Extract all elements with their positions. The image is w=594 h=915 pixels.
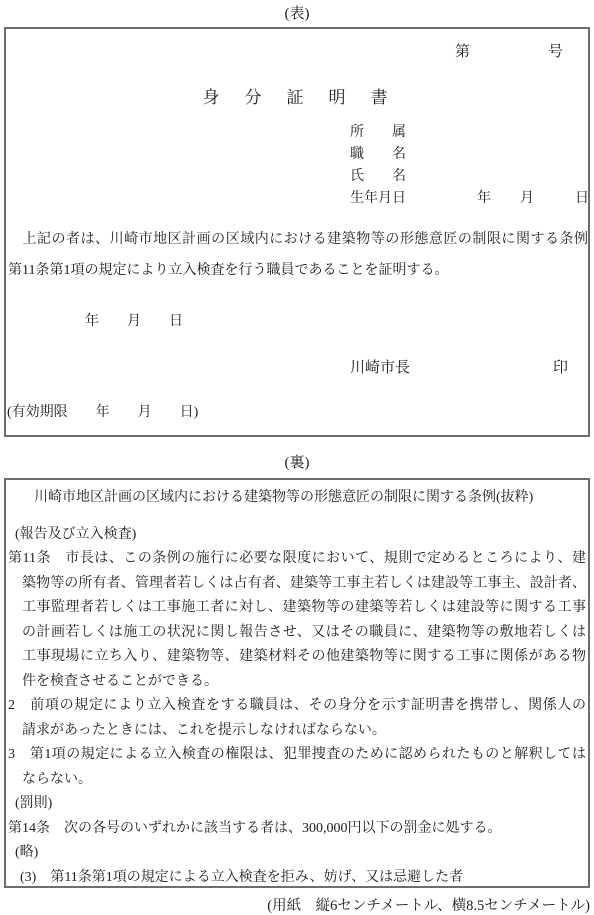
id-card-back: 川崎市地区計画の区域内における建築物等の形態意匠の制限に関する条例(抜粋)(報告… (4, 478, 590, 888)
field-row-affiliation: 所属 (350, 122, 589, 144)
doc-number-line: 第号 (455, 40, 563, 61)
law-text-line: (報告及び立入検査) (8, 523, 586, 548)
doc-number-suffix: 号 (548, 44, 563, 60)
birthdate-label: 生年月日 (350, 188, 406, 210)
back-side-label: (裏) (0, 451, 594, 472)
document-page: (表) 第号 身 分 証 明 書 所属 職名 氏名 生年月日年月日 上記の者は、… (0, 0, 594, 915)
law-text-line: (罰則) (8, 792, 586, 817)
birth-year-label: 年 (477, 191, 491, 206)
front-side-label: (表) (0, 2, 594, 23)
law-text-line: ならない。 (8, 768, 586, 793)
field-row-birthdate: 生年月日年月日 (350, 188, 589, 210)
law-text-line: 工事監理者若しくは工事施工者に対し、建築物等の建築等若しくは建設等に関する工事 (8, 596, 586, 621)
law-text-line: 件を検査させることができる。 (8, 670, 586, 695)
id-card-title: 身 分 証 明 書 (6, 83, 588, 108)
paper-size-note: (用紙 縦6センチメートル、横8.5センチメートル) (267, 894, 590, 915)
job-title-label: 職名 (350, 144, 406, 166)
law-text-line: 2 前項の規定により立入検査をする職員は、その身分を示す証明書を携帯し、関係人の (8, 694, 586, 719)
name-label: 氏名 (350, 166, 406, 188)
law-text-line: 第11条 市長は、この条例の施行に必要な限度において、規則で定めるところにより、… (8, 547, 586, 572)
affiliation-label: 所属 (350, 122, 406, 144)
law-text-line: 川崎市地区計画の区域内における建築物等の形態意匠の制限に関する条例(抜粋) (8, 486, 586, 511)
field-row-name: 氏名 (350, 166, 589, 188)
law-text-line: 第14条 次の各号のいずれかに該当する者は、300,000円以下の罰金に処する。 (8, 817, 586, 842)
mayor-name: 川崎市長 (350, 356, 410, 377)
law-text-line: の計画若しくは施工の状況に関し報告させ、又はその職員に、建築物等の敷地若しくは (8, 621, 586, 646)
law-text-line: 築物等の所有者、管理者若しくは占有者、建築等工事主若しくは建設等工事主、設計者、 (8, 572, 586, 597)
law-text-line: (略) (8, 841, 586, 866)
birth-day-label: 日 (575, 191, 589, 206)
law-text-line: (3) 第11条第1項の規定による立入検査を拒み、妨げ、又は忌避した者 (8, 866, 586, 891)
law-text-line: 3 第1項の規定による立入検査の権限は、犯罪捜査のために認められたものと解釈して… (8, 743, 586, 768)
issue-date-line: 年 月 日 (85, 310, 183, 330)
personal-fields: 所属 職名 氏名 生年月日年月日 (350, 122, 589, 210)
seal-placeholder: 印 (553, 356, 568, 377)
certification-text: 上記の者は、川崎市地区計画の区域内における建築物等の形態意匠の制限に関する条例 … (8, 224, 588, 286)
validity-line: (有効期限 年 月 日) (7, 401, 198, 421)
id-card-front: 第号 身 分 証 明 書 所属 職名 氏名 生年月日年月日 上記の者は、川崎市地… (4, 27, 590, 437)
certification-text-line2: 第11条第1項の規定により立入検査を行う職員であることを証明する。 (8, 255, 588, 286)
doc-number-prefix: 第 (455, 44, 470, 60)
law-text-line: 請求があったときには、これを提示しなければならない。 (8, 719, 586, 744)
law-text-line: 工事現場に立ち入り、建築物等、建築材料その他建築物等に関する工事に関係がある物 (8, 645, 586, 670)
certification-text-line1: 上記の者は、川崎市地区計画の区域内における建築物等の形態意匠の制限に関する条例 (8, 224, 588, 255)
field-row-job-title: 職名 (350, 144, 589, 166)
birth-month-label: 月 (520, 191, 534, 206)
